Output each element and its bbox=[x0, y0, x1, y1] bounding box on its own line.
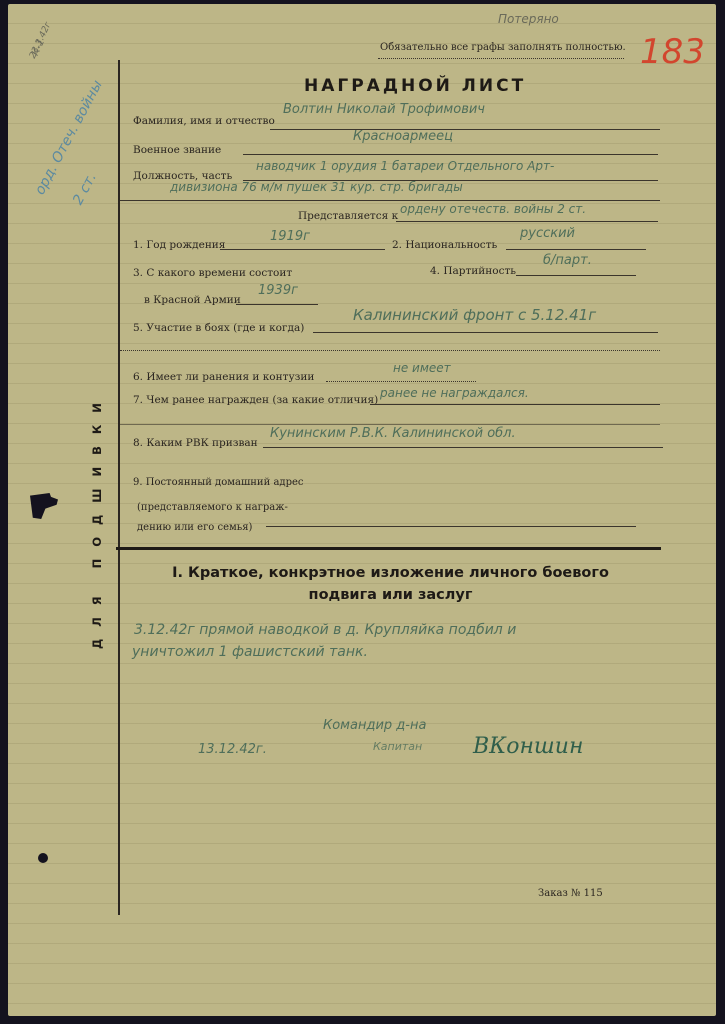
vertical-binding-label: ДЛЯ ПОДШИВКИ bbox=[90, 391, 104, 649]
rank-line bbox=[243, 154, 658, 155]
commander-signature: ВКоншин bbox=[473, 734, 583, 759]
label-nominated-for: Представляется к bbox=[298, 210, 398, 222]
signature-title-line1: Командир д-на bbox=[323, 718, 426, 733]
section-heading: I. Краткое, конкрэтное изложение личного… bbox=[118, 562, 663, 606]
position-line-2 bbox=[120, 200, 660, 201]
value-position-unit-line2: дивизиона 76 м/м пушек 31 кур. стр. бриг… bbox=[170, 180, 463, 194]
army-since-line bbox=[236, 304, 318, 305]
drafted-by-line bbox=[263, 447, 663, 448]
section-heading-line2: подвига или заслуг bbox=[118, 584, 663, 606]
header-instruction: Обязательно все графы заполнять полность… bbox=[380, 42, 626, 53]
narrative-line1: 3.12.42г прямой наводкой в д. Крупляйка … bbox=[134, 622, 516, 638]
value-party: б/парт. bbox=[543, 253, 592, 268]
value-previous-awards: ранее не награждался. bbox=[380, 386, 529, 400]
battles-line bbox=[313, 332, 658, 333]
value-nationality: русский bbox=[520, 226, 575, 241]
label-full-name: Фамилия, имя и отчество bbox=[133, 115, 275, 127]
label-party: 4. Партийность bbox=[430, 265, 516, 277]
nationality-line bbox=[506, 249, 646, 250]
value-wounds: не имеет bbox=[393, 361, 451, 375]
full-name-line bbox=[270, 129, 660, 130]
award-sheet-page: Потеряно Обязательно все графы заполнять… bbox=[8, 4, 716, 1016]
label-home-address-line2: (представляемого к награж- bbox=[137, 502, 288, 513]
party-line bbox=[516, 275, 636, 276]
value-birth-year: 1919г bbox=[270, 229, 310, 244]
home-address-line bbox=[266, 526, 636, 527]
label-previous-awards: 7. Чем ранее награжден (за какие отличия… bbox=[133, 394, 378, 406]
punch-hole-lower bbox=[38, 853, 48, 863]
value-drafted-by: Кунинским Р.В.К. Калининской обл. bbox=[270, 426, 516, 441]
wounds-line bbox=[326, 381, 476, 382]
header-underline bbox=[378, 58, 624, 59]
label-rank: Военное звание bbox=[133, 144, 221, 156]
document-title: НАГРАДНОЙ ЛИСТ bbox=[304, 76, 526, 96]
label-battles: 5. Участие в боях (где и когда) bbox=[133, 322, 304, 334]
label-home-address-line1: 9. Постоянный домашний адрес bbox=[133, 477, 303, 488]
section-heading-line1: I. Краткое, конкрэтное изложение личного… bbox=[118, 562, 663, 584]
narrative-line2: уничтожил 1 фашистский танк. bbox=[132, 644, 368, 660]
label-wounds: 6. Имеет ли ранения и контузии bbox=[133, 371, 314, 383]
battles-extra-line bbox=[120, 350, 660, 351]
previous-awards-extra-line bbox=[120, 424, 660, 425]
value-full-name: Волтин Николай Трофимович bbox=[283, 102, 485, 117]
margin-rule-top bbox=[118, 60, 120, 460]
label-army-since-line1: 3. С какого времени состоит bbox=[133, 267, 292, 279]
value-position-unit-line1: наводчик 1 орудия 1 батареи Отдельного А… bbox=[256, 159, 554, 173]
value-rank: Красноармеец bbox=[353, 129, 453, 144]
label-drafted-by: 8. Каким РВК призван bbox=[133, 437, 258, 449]
diagonal-blue-note-line2: 2 ст. bbox=[70, 170, 100, 207]
signature-title-line2: Капитан bbox=[373, 740, 422, 753]
value-battles: Калининский фронт с 5.12.41г bbox=[353, 306, 596, 324]
label-army-since-line2: в Красной Армии bbox=[144, 294, 241, 306]
value-army-since: 1939г bbox=[258, 283, 298, 298]
punch-hole-upper bbox=[30, 493, 58, 519]
label-birth-year: 1. Год рождения bbox=[133, 239, 225, 251]
label-nationality: 2. Национальность bbox=[392, 239, 497, 251]
previous-awards-line bbox=[370, 404, 660, 405]
signature-date: 13.12.42г. bbox=[198, 742, 267, 757]
value-nominated-for: ордену отечеств. войны 2 ст. bbox=[400, 202, 586, 216]
section-separator bbox=[116, 547, 661, 550]
top-handwritten-note: Потеряно bbox=[498, 12, 559, 26]
red-archive-number: 183 bbox=[640, 32, 705, 72]
margin-rule-bottom bbox=[118, 460, 120, 915]
order-number: Заказ № 115 bbox=[538, 888, 603, 899]
birth-year-line bbox=[220, 249, 385, 250]
label-home-address-line3: дению или его семья) bbox=[137, 522, 252, 533]
nominated-line bbox=[396, 221, 658, 222]
